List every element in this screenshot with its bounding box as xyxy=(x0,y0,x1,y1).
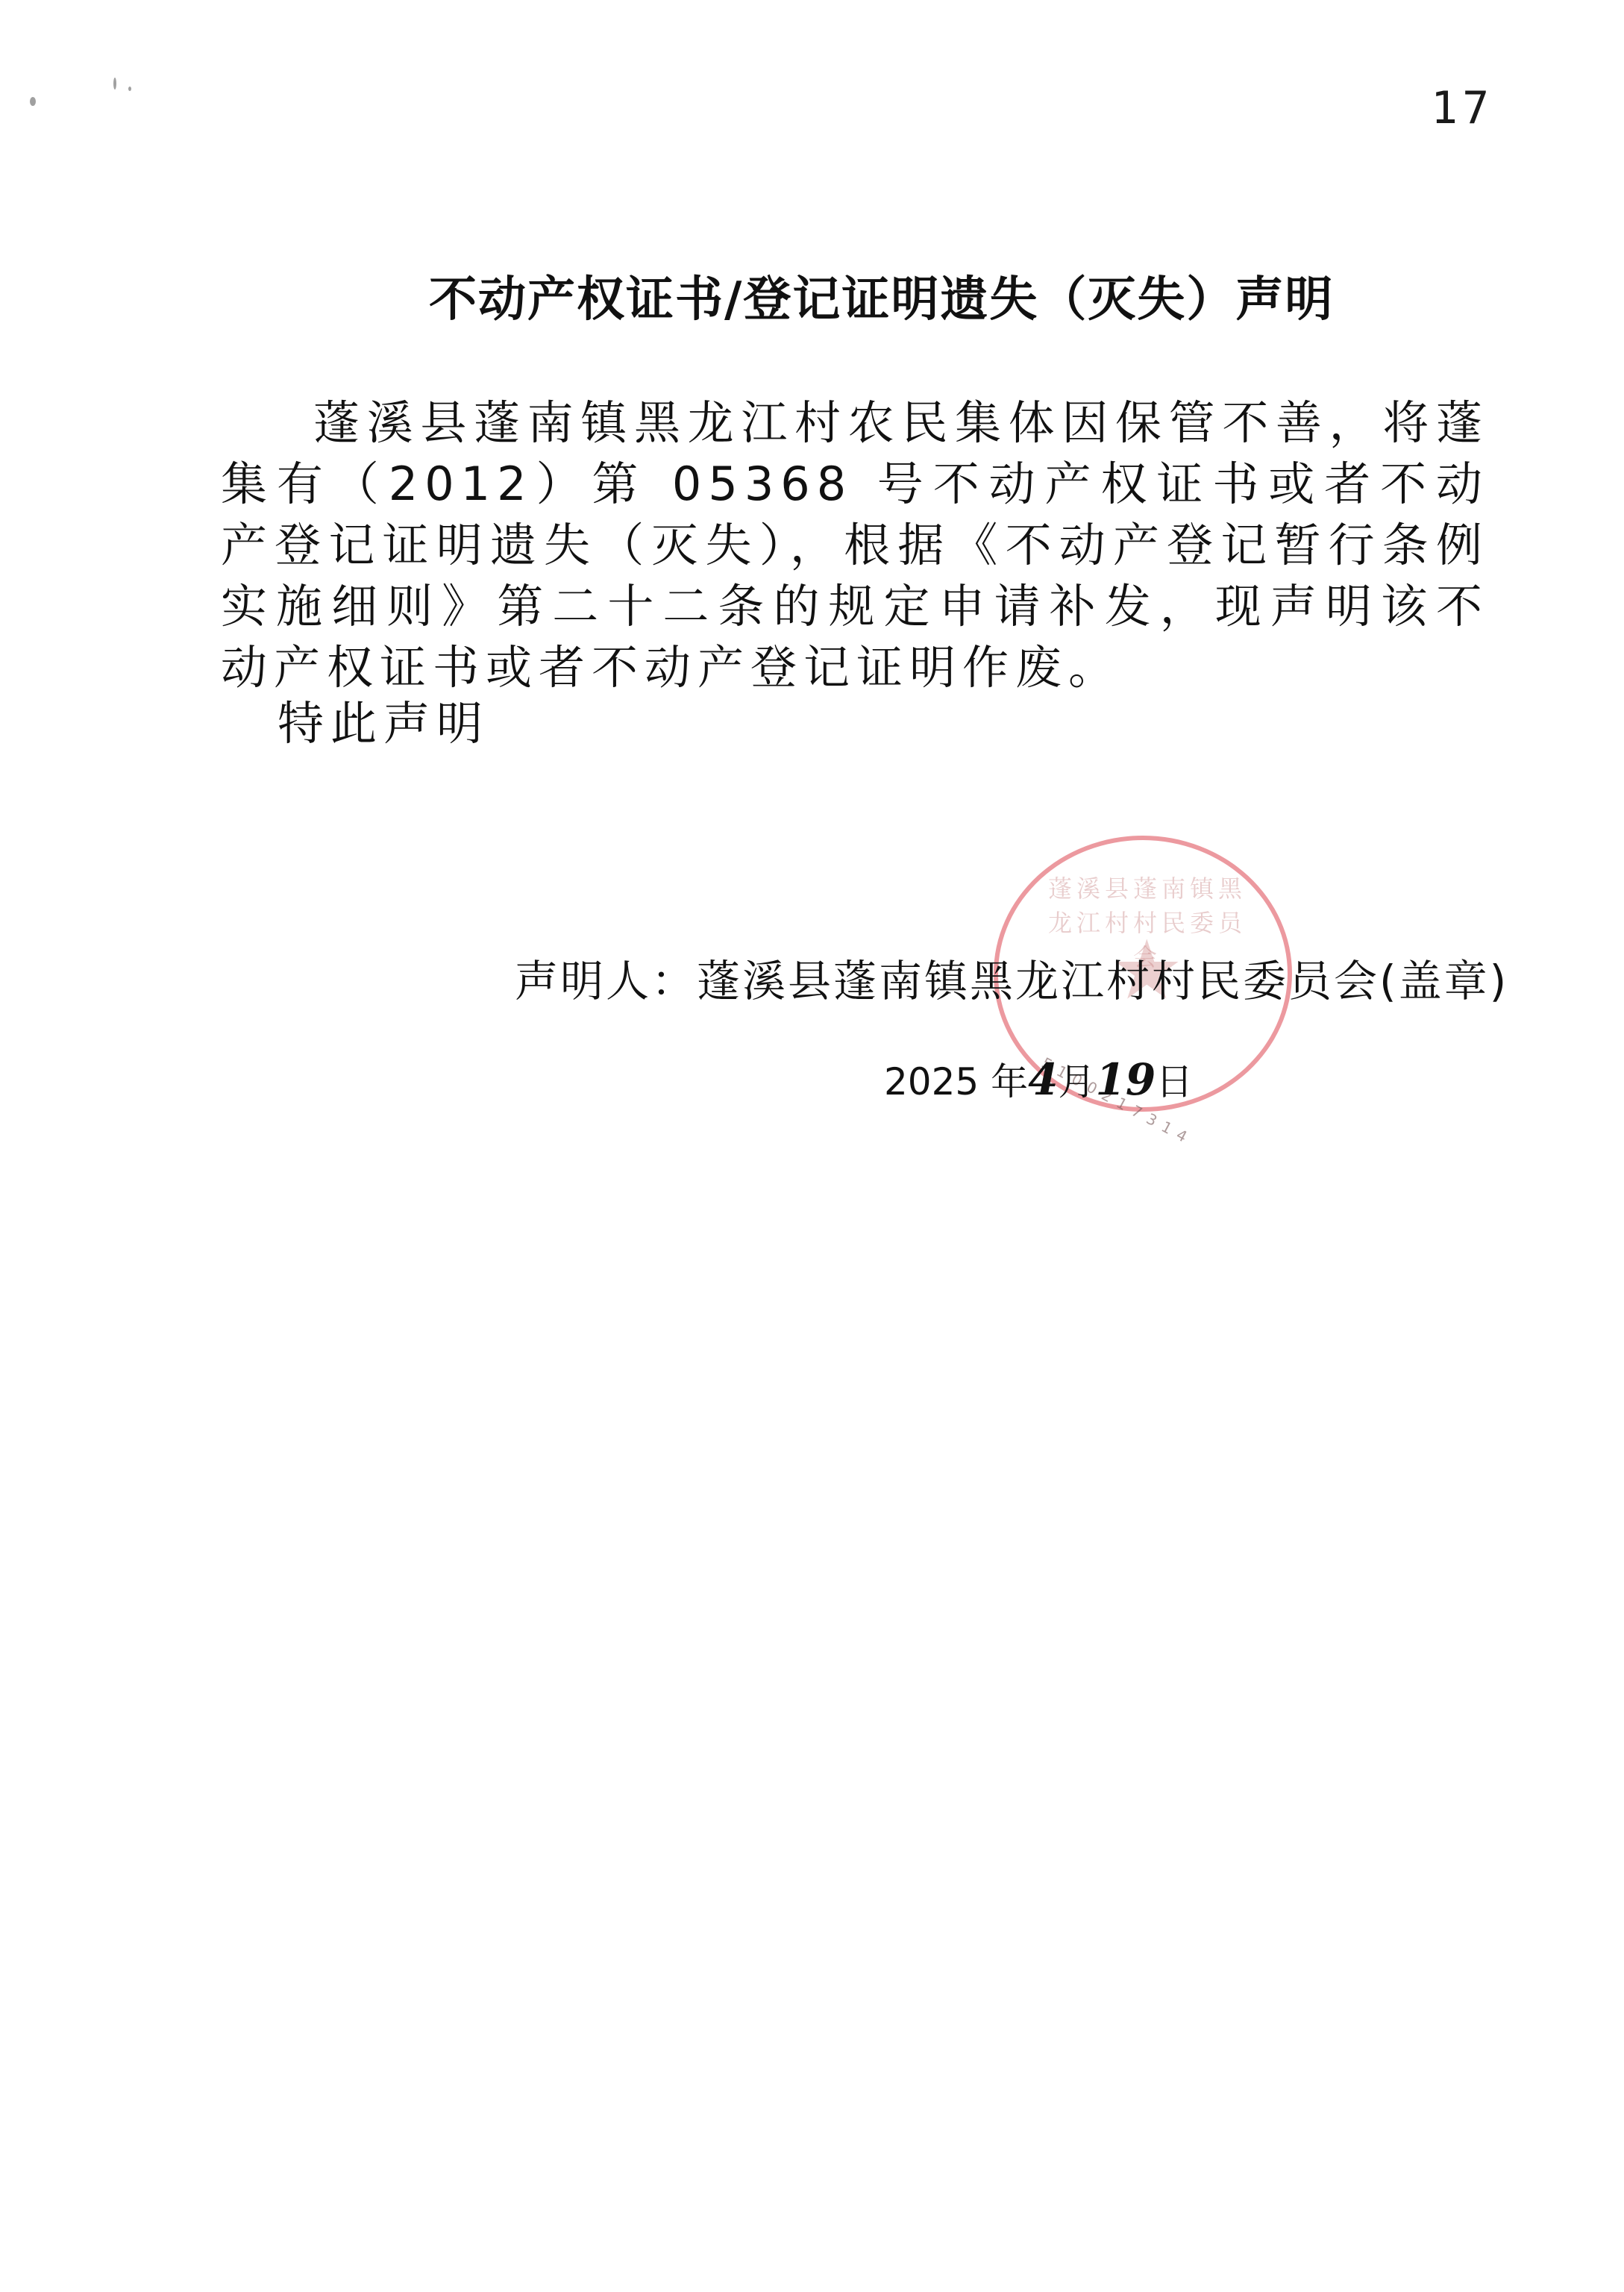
closing-statement: 特此声明 xyxy=(278,686,489,753)
scan-speck xyxy=(113,78,116,90)
declaration-paragraph: 蓬溪县蓬南镇黑龙江村农民集体因保管不善，将蓬集有（2012）第 05368 号不… xyxy=(221,392,1489,698)
scan-speck xyxy=(30,97,36,106)
date-year: 2025 年 xyxy=(884,1060,1028,1103)
scan-speck xyxy=(128,87,131,91)
date-day-handwritten: 19 xyxy=(1096,1054,1156,1105)
page-number: 17 xyxy=(1431,82,1493,134)
date-month-handwritten: 4 xyxy=(1028,1054,1058,1105)
declaration-body: 蓬溪县蓬南镇黑龙江村农民集体因保管不善，将蓬集有（2012）第 05368 号不… xyxy=(221,392,1489,698)
document-title: 不动产权证书/登记证明遗失（灭失）声明 xyxy=(429,261,1339,330)
declaration-date: 2025 年4月19日 xyxy=(884,1052,1193,1106)
signatory-line: 声明人：蓬溪县蓬南镇黑龙江村村民委员会(盖章) xyxy=(515,946,1508,1009)
date-day-unit: 日 xyxy=(1156,1060,1193,1103)
date-month-unit: 月 xyxy=(1059,1060,1096,1103)
